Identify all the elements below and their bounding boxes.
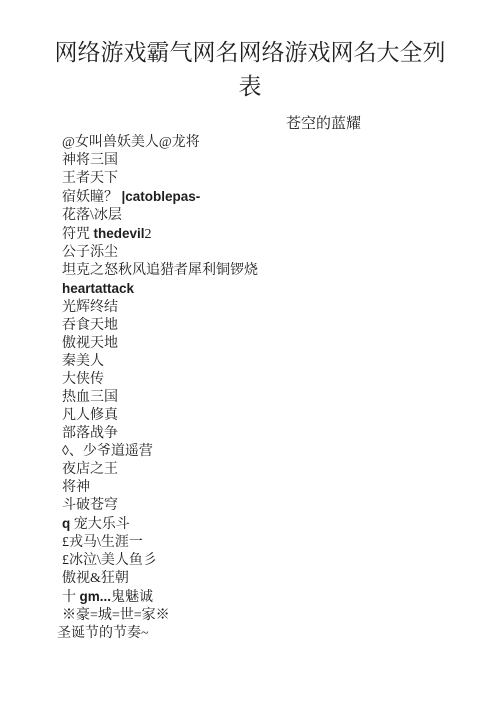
- list-item: 夜店之王: [62, 461, 500, 479]
- list-item-text-bold: thedevil: [94, 226, 145, 241]
- list-item-text: 夜店之王: [62, 462, 118, 477]
- list-item-text: 王者天下: [62, 171, 118, 186]
- list-item: 符咒 thedevil2: [62, 225, 500, 244]
- list-item: 吞食天地: [62, 317, 500, 335]
- list-item: 宿妖瞳？ |catoblepas-: [62, 188, 500, 207]
- list-item-text: 秦美人: [62, 354, 104, 369]
- list-item-text: 圣诞节的节奏~: [57, 626, 149, 641]
- list-item: 秦美人: [62, 353, 500, 371]
- list-item-text: 十: [62, 590, 80, 605]
- list-item: q 宠大乐斗: [62, 515, 500, 534]
- author-byline: 苍空的蓝耀: [0, 115, 500, 133]
- document-page: 网络游戏霸气网名网络游戏网名大全列 表 苍空的蓝耀 @女叫兽妖美人@龙将神将三国…: [0, 0, 500, 707]
- list-item: 大侠传: [62, 371, 500, 389]
- list-item-text-bold: gm...: [80, 589, 112, 604]
- list-item: 凡人修真: [62, 407, 500, 425]
- list-item-text-bold: q: [62, 516, 70, 531]
- list-item: heartattack: [62, 280, 500, 299]
- list-item: 部落战争: [62, 425, 500, 443]
- list-item: 将神: [62, 479, 500, 497]
- list-item: @女叫兽妖美人@龙将: [62, 134, 500, 152]
- list-item: £戎马\生涯一: [62, 534, 500, 552]
- list-item-text: 宠大乐斗: [70, 517, 130, 532]
- list-item: 斗破苍穹: [62, 497, 500, 515]
- list-item: £冰泣\美人鱼彡: [62, 552, 500, 570]
- list-item: 傲视&狂朝: [62, 570, 500, 588]
- list-item-text: 傲视天地: [62, 336, 118, 351]
- page-title: 网络游戏霸气网名网络游戏网名大全列 表: [0, 0, 500, 104]
- list-item: 十 gm...鬼魅诚: [62, 588, 500, 607]
- list-item-text: 将神: [62, 480, 90, 495]
- list-item-text: 2: [145, 227, 152, 242]
- list-item-text: ◊、少爷道遥营: [62, 444, 153, 459]
- list-item-text: £戎马\生涯一: [62, 535, 143, 550]
- list-item-text: 神将三国: [62, 153, 118, 168]
- list-item-text-bold: |catoblepas-: [122, 189, 201, 204]
- list-item-text: 大侠传: [62, 372, 104, 387]
- list-item-text: ※豪=城=世=家※: [62, 608, 170, 623]
- page-title-line1: 网络游戏霸气网名网络游戏网名大全列: [0, 36, 500, 70]
- list-item-text: 斗破苍穹: [62, 498, 118, 513]
- list-item: 傲视天地: [62, 335, 500, 353]
- list-item: 圣诞节的节奏~: [57, 625, 500, 643]
- list-item-text: 傲视&狂朝: [62, 571, 129, 586]
- list-item-text: 符咒: [62, 227, 94, 242]
- list-item-text: @女叫兽妖美人@龙将: [62, 135, 200, 150]
- list-item: 光辉终结: [62, 299, 500, 317]
- list-item-text: 凡人修真: [62, 408, 118, 423]
- list-item-text: 花落\冰层: [62, 208, 122, 223]
- list-item-text-bold: heartattack: [62, 281, 134, 296]
- page-title-line2: 表: [0, 70, 500, 104]
- list-item-text: 光辉终结: [62, 300, 118, 315]
- list-item-text: 部落战争: [62, 426, 118, 441]
- list-item: 神将三国: [62, 152, 500, 170]
- list-item: 花落\冰层: [62, 207, 500, 225]
- list-item: ◊、少爷道遥营: [62, 443, 500, 461]
- name-list: @女叫兽妖美人@龙将神将三国王者天下宿妖瞳？ |catoblepas-花落\冰层…: [0, 134, 500, 643]
- list-item: ※豪=城=世=家※: [62, 607, 500, 625]
- list-item-text: 坦克之怒秋风追猎者犀利铜锣烧: [62, 263, 258, 278]
- list-item: 公子泺尘: [62, 244, 500, 262]
- list-item-text: 宿妖瞳？: [62, 190, 122, 205]
- list-item-text: 公子泺尘: [62, 245, 118, 260]
- list-item-text: 鬼魅诚: [111, 590, 153, 605]
- list-item-text: 热血三国: [62, 390, 118, 405]
- list-item-text: 吞食天地: [62, 318, 118, 333]
- list-item: 王者天下: [62, 170, 500, 188]
- list-item: 热血三国: [62, 389, 500, 407]
- list-item-text: £冰泣\美人鱼彡: [62, 553, 157, 568]
- list-item: 坦克之怒秋风追猎者犀利铜锣烧: [62, 262, 500, 280]
